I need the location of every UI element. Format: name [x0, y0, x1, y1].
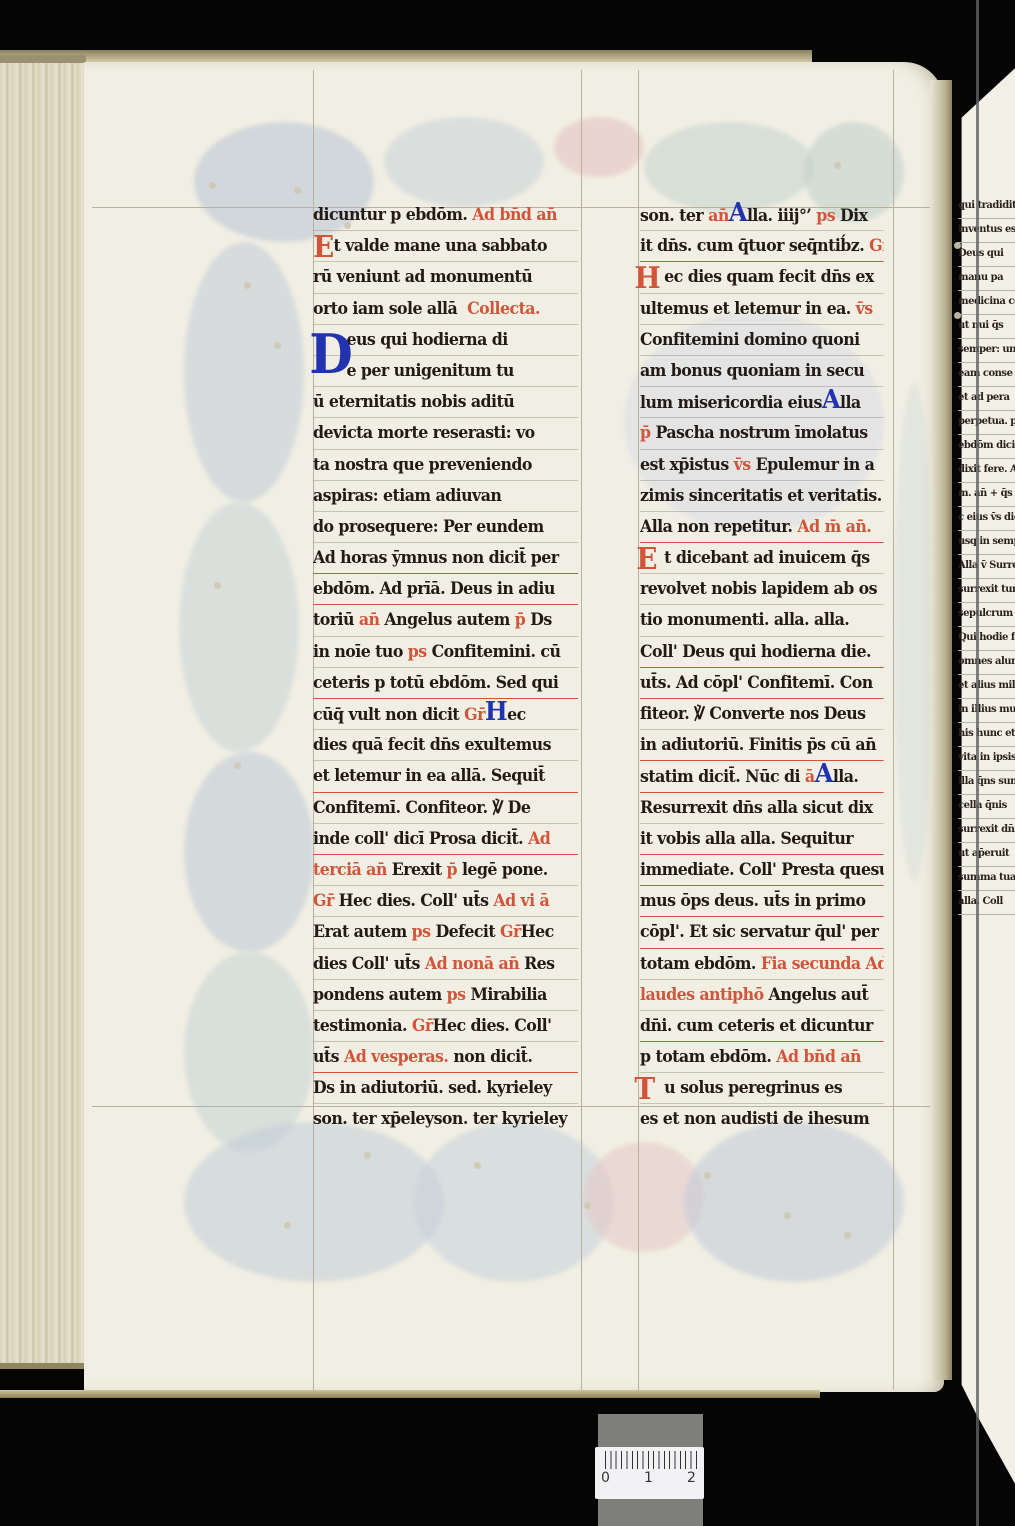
text-line: devicta morte reserasti: vo [313, 418, 578, 449]
text-line: ceteris p totū ebdōm. Sed qui [313, 668, 578, 699]
red-initial-t: T [634, 1075, 654, 1105]
text-line: fiteor. ℣ Converte nos Deus [640, 699, 884, 730]
text-line: Deus qui hodierna di [313, 325, 578, 356]
text-line: dn̄i. cum ceteris et dicuntur [640, 1011, 884, 1042]
red-initial-e: E [313, 233, 334, 262]
text-line: Confitemini domino quoni [640, 325, 884, 356]
text-line: orto iam sole allā Collecta. [313, 294, 578, 325]
text-line: est xp̄istus v̄s Epulemur in a [640, 450, 884, 481]
text-line: Alla non repetitur. Ad m̄ an̄. [640, 512, 884, 543]
glass-plate-edge [976, 0, 979, 1526]
text-line: immediate. Coll' Presta quesu [640, 855, 884, 886]
scale-bar-ticks [605, 1451, 699, 1469]
blue-initial-a: A [729, 198, 747, 228]
text-line: es et non audisti de ihesum [640, 1104, 884, 1134]
text-line: Et dicebant ad inuicem q̄s [640, 543, 884, 574]
text-line: ū eternitatis nobis aditū [313, 387, 578, 418]
blue-initial-a: A [822, 385, 840, 415]
text-line: totam ebdōm. Fia secunda Ad [640, 949, 884, 980]
text-line: dicuntur p ebdōm. Ad bn̄d an̄ [313, 200, 578, 231]
text-line: ut̄s Ad vesperas. non dicit̄. [313, 1042, 578, 1073]
text-line: ultemus et letemur in ea. v̄s [640, 294, 884, 325]
red-initial-e: E [636, 545, 657, 575]
red-initial-h: H [634, 264, 660, 294]
text-line: Confitemī. Confiteor. ℣ De [313, 793, 578, 824]
facing-page-text: qui tradidit inventus est Deus qui manu … [958, 195, 1015, 1125]
gutter-shadow [930, 80, 952, 1380]
text-line: aspiras: etiam adiuvan [313, 481, 578, 512]
text-line: e per unigenitum tu [313, 356, 578, 387]
text-line: do prosequere: Per eundem [313, 512, 578, 543]
text-line: revolvet nobis lapidem ab os [640, 574, 884, 605]
text-line: toriū an̄ Angelus autem p̄ Ds [313, 605, 578, 636]
text-line: it dn̄s. cum q̄tuor seq̄ntib́z. Gr̄ [640, 231, 884, 262]
text-line: terciā an̄ Erexit p̄ legē pone. [313, 855, 578, 886]
text-line: son. ter xp̄eleyson. ter kyrieley [313, 1104, 578, 1134]
text-line: dies quā fecit dn̄s exultemus [313, 730, 578, 761]
text-line: zimis sinceritatis et veritatis. [640, 481, 884, 512]
text-line: et letemur in ea allā. Sequit̄ [313, 761, 578, 792]
text-line: it vobis alla alla. Sequitur [640, 824, 884, 855]
text-line: statim dicit̄. Nūc di āAlla. [640, 761, 884, 792]
text-line: p̄ Pascha nostrum īmolatus [640, 418, 884, 449]
text-line: rū veniunt ad monumentū [313, 262, 578, 293]
manuscript-photograph: dicuntur p ebdōm. Ad bn̄d an̄ Et valde … [0, 0, 1015, 1526]
text-line: ta nostra que preveniendo [313, 450, 578, 481]
text-line: cōpl'. Et sic servatur q̄ul' per [640, 917, 884, 948]
text-line: cūq̄ vult non dicit Gr̄Hec [313, 699, 578, 730]
text-line: mus ōps deus. ut̄s in primo [640, 886, 884, 917]
text-line: in noīe tuo ps Confitemini. cū [313, 637, 578, 668]
text-line: dies Coll' ut̄s Ad nonā an̄ Res [313, 949, 578, 980]
blue-initial-h: H [485, 697, 507, 727]
text-line: testimonia. Gr̄Hec dies. Coll' [313, 1011, 578, 1042]
page-edges-stack [0, 55, 86, 1369]
blue-initial-a: A [815, 759, 833, 789]
text-line: Et valde mane una sabbato [313, 231, 578, 262]
text-line: am bonus quoniam in secu [640, 356, 884, 387]
text-line: Gr̄ Hec dies. Coll' ut̄s Ad vi ā [313, 886, 578, 917]
scale-bar: 0 1 2 [595, 1447, 704, 1499]
text-line: inde coll' dicī Prosa dicit̄. Ad [313, 824, 578, 855]
text-line: Hec dies quam fecit dn̄s ex [640, 262, 884, 293]
text-column-left: dicuntur p ebdōm. Ad bn̄d an̄ Et valde … [313, 200, 598, 1135]
text-line: in adiutoriū. Finitis p̄s cū an̄ [640, 730, 884, 761]
scale-label-1: 1 [644, 1470, 653, 1486]
text-line: Ad horas ȳmnus non dicit̄ per [313, 543, 578, 574]
text-line: tio monumenti. alla. alla. [640, 605, 884, 636]
text-line: Resurrexit dn̄s alla sicut dix [640, 793, 884, 824]
text-line: Coll' Deus qui hodierna die. [640, 637, 884, 668]
scale-label-0: 0 [601, 1470, 610, 1486]
text-line: ebdōm. Ad prīā. Deus in adiu [313, 574, 578, 605]
book-bottom-edge [0, 1390, 820, 1398]
text-line: pondens autem ps Mirabilia [313, 980, 578, 1011]
text-line: Erat autem ps Defecit Gr̄Hec [313, 917, 578, 948]
text-line: Ds in adiutoriū. sed. kyrieley [313, 1073, 578, 1104]
text-line: son. ter an̄Alla. iiij°’ ps Dix [640, 200, 884, 231]
text-line: p totam ebdōm. Ad bn̄d an̄ [640, 1042, 884, 1073]
scale-label-2: 2 [687, 1470, 696, 1486]
text-line: laudes antiphō Angelus aut̄ [640, 980, 884, 1011]
text-line: ut̄s. Ad cōpl' Confitemī. Con [640, 668, 884, 699]
text-line: Tu solus peregrinus es [640, 1073, 884, 1104]
text-column-right: son. ter an̄Alla. iiij°’ ps Dix it dn̄s.… [640, 200, 902, 1135]
text-line: lum misericordia eiusAlla [640, 387, 884, 418]
